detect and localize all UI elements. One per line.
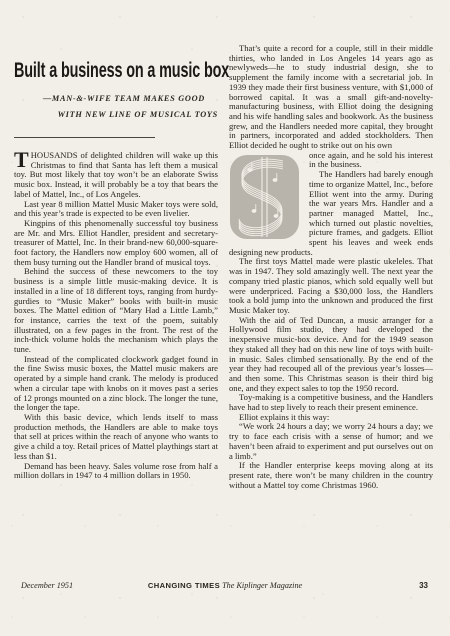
paragraph: Demand has been heavy. Sales volume rose… bbox=[14, 462, 218, 481]
left-column-body: THOUSANDS of delighted children will wak… bbox=[14, 151, 218, 481]
paragraph: Last year 8 million Mattel Music Maker t… bbox=[14, 200, 218, 219]
paragraph: If the Handler enterprise keeps moving a… bbox=[229, 461, 433, 490]
article-subtitle-line1: —MAN-&-WIFE TEAM MAKES GOOD bbox=[14, 94, 218, 104]
paragraph: Kingpins of this phenomenally successful… bbox=[14, 219, 218, 268]
magazine-title: CHANGING TIMES The Kiplinger Magazine bbox=[14, 581, 436, 591]
right-column-body: That’s quite a record for a couple, stil… bbox=[229, 44, 433, 490]
magazine-name: CHANGING TIMES bbox=[148, 581, 220, 590]
paragraph: Behind the success of these newcomers to… bbox=[14, 267, 218, 354]
right-column: That’s quite a record for a couple, stil… bbox=[229, 44, 433, 490]
paragraph: With the aid of Ted Duncan, a music arra… bbox=[229, 316, 433, 394]
page-footer: December 1951 CHANGING TIMES The Kipling… bbox=[14, 581, 436, 593]
musical-staff-dollar-icon bbox=[229, 153, 301, 241]
paragraph: That’s quite a record for a couple, stil… bbox=[229, 44, 433, 151]
paragraph-text: once again, and he sold his interest in … bbox=[309, 150, 433, 170]
paragraph: THOUSANDS of delighted children will wak… bbox=[14, 151, 218, 200]
drop-cap: T bbox=[14, 151, 31, 169]
paragraph: The first toys Mattel made were plastic … bbox=[229, 257, 433, 315]
magazine-subtitle: The Kiplinger Magazine bbox=[222, 581, 302, 590]
magazine-page: Built a business on a music box —MAN-&-W… bbox=[0, 0, 450, 636]
paragraph: once again, and he sold his interest in … bbox=[229, 151, 433, 170]
article-subtitle-line2: WITH NEW LINE OF MUSICAL TOYS bbox=[14, 110, 218, 120]
page-number: 33 bbox=[419, 581, 428, 591]
paragraph: With this basic device, which lends itse… bbox=[14, 413, 218, 462]
left-column: Built a business on a music box —MAN-&-W… bbox=[14, 57, 218, 481]
paragraph: Instead of the complicated clockwork gad… bbox=[14, 355, 218, 413]
paragraph: Toy-making is a competitive business, an… bbox=[229, 393, 433, 412]
paragraph-text: HOUSANDS of delighted children will wake… bbox=[14, 150, 218, 199]
article-title: Built a business on a music box bbox=[14, 57, 151, 83]
paragraph: “We work 24 hours a day; we worry 24 hou… bbox=[229, 422, 433, 461]
divider-rule bbox=[14, 137, 155, 138]
music-box-illustration bbox=[229, 153, 301, 241]
